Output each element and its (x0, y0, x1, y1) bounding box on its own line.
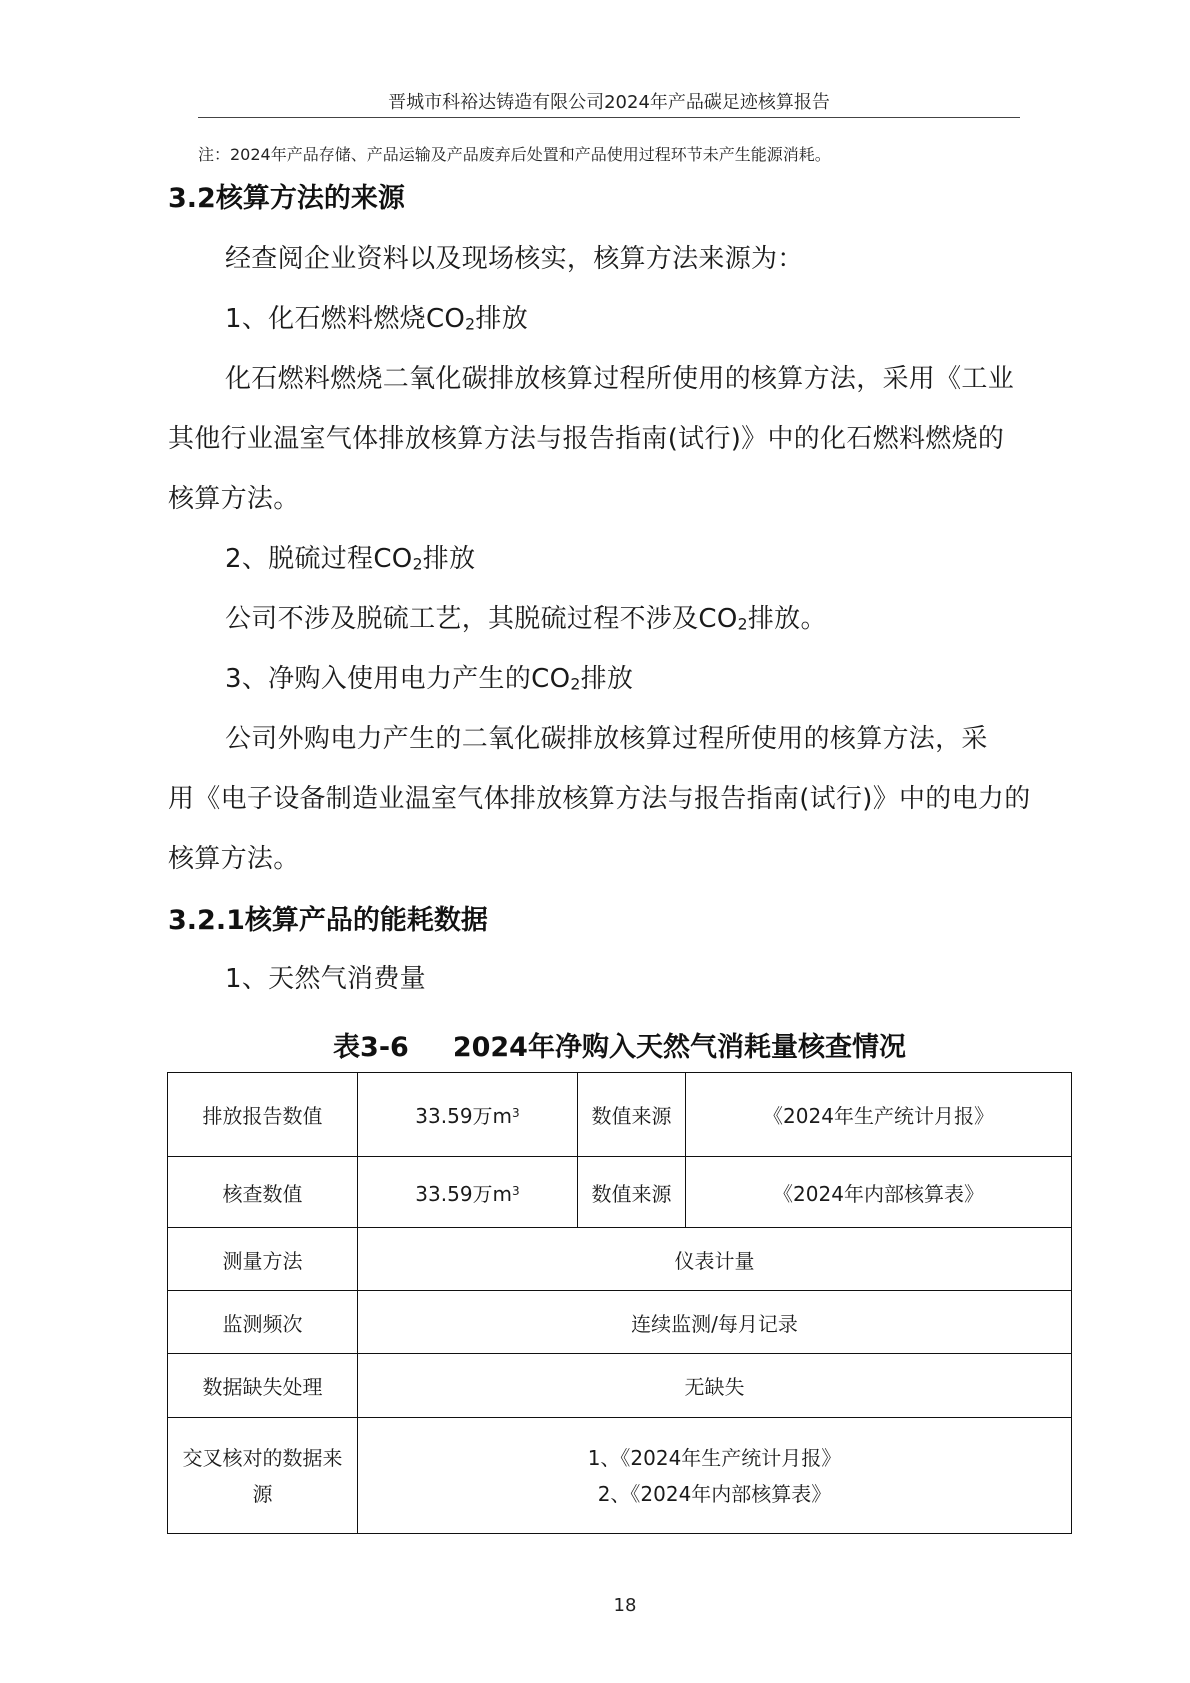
page-number: 18 (0, 1595, 1190, 1616)
row-value: 连续监测/每月记录 (358, 1291, 1072, 1354)
note-text: 注：2024年产品存储、产品运输及产品废弃后处置和产品使用过程环节未产生能源消耗… (198, 142, 831, 165)
row-label: 交叉核对的数据来源 (168, 1418, 358, 1534)
item-3-title: 3、净购入使用电力产生的CO2排放 (225, 658, 633, 695)
item-1-body-line-3: 核算方法。 (168, 478, 300, 515)
row-label: 监测频次 (168, 1291, 358, 1354)
row-label: 排放报告数值 (168, 1073, 358, 1157)
row-value: 33.59万m3 (358, 1157, 578, 1228)
item-1-body-line-1: 化石燃料燃烧二氧化碳排放核算过程所使用的核算方法，采用《工业 (225, 358, 1014, 395)
item-1-body-line-2: 其他行业温室气体排放核算方法与报告指南(试行)》中的化石燃料燃烧的 (168, 418, 1004, 455)
table-row: 排放报告数值 33.59万m3 数值来源 《2024年生产统计月报》 (168, 1073, 1072, 1157)
natural-gas-item-title: 1、天然气消费量 (225, 958, 426, 995)
source-label: 数值来源 (578, 1157, 686, 1228)
item-3-body-line-3: 核算方法。 (168, 838, 300, 875)
row-label: 数据缺失处理 (168, 1354, 358, 1418)
item-3-body-line-2: 用《电子设备制造业温室气体排放核算方法与报告指南(试行)》中的电力的 (168, 778, 1031, 815)
table-caption: 表3-62024年净购入天然气消耗量核查情况 (167, 1025, 1072, 1064)
natural-gas-verification-table: 排放报告数值 33.59万m3 数值来源 《2024年生产统计月报》 核查数值 … (167, 1072, 1072, 1534)
page-header-title: 晋城市科裕达铸造有限公司2024年产品碳足迹核算报告 (198, 88, 1020, 114)
source-value: 《2024年内部核算表》 (686, 1157, 1072, 1228)
item-1-title: 1、化石燃料燃烧CO2排放 (225, 298, 528, 335)
intro-paragraph: 经查阅企业资料以及现场核实，核算方法来源为： (225, 238, 804, 275)
row-value: 1、《2024年生产统计月报》2、《2024年内部核算表》 (358, 1418, 1072, 1534)
table-row: 交叉核对的数据来源 1、《2024年生产统计月报》2、《2024年内部核算表》 (168, 1418, 1072, 1534)
header-divider (198, 117, 1020, 118)
item-2-title: 2、脱硫过程CO2排放 (225, 538, 475, 575)
item-2-body: 公司不涉及脱硫工艺，其脱硫过程不涉及CO2排放。 (225, 598, 827, 635)
section-heading-3-2-1: 3.2.1核算产品的能耗数据 (168, 898, 488, 937)
section-heading-3-2: 3.2核算方法的来源 (168, 176, 405, 215)
table-row: 监测频次 连续监测/每月记录 (168, 1291, 1072, 1354)
table-row: 测量方法 仪表计量 (168, 1228, 1072, 1291)
row-value: 无缺失 (358, 1354, 1072, 1418)
row-label: 测量方法 (168, 1228, 358, 1291)
row-value: 仪表计量 (358, 1228, 1072, 1291)
source-value: 《2024年生产统计月报》 (686, 1073, 1072, 1157)
table-row: 数据缺失处理 无缺失 (168, 1354, 1072, 1418)
source-label: 数值来源 (578, 1073, 686, 1157)
row-value: 33.59万m3 (358, 1073, 578, 1157)
item-3-body-line-1: 公司外购电力产生的二氧化碳排放核算过程所使用的核算方法，采 (225, 718, 988, 755)
table-row: 核查数值 33.59万m3 数值来源 《2024年内部核算表》 (168, 1157, 1072, 1228)
row-label: 核查数值 (168, 1157, 358, 1228)
